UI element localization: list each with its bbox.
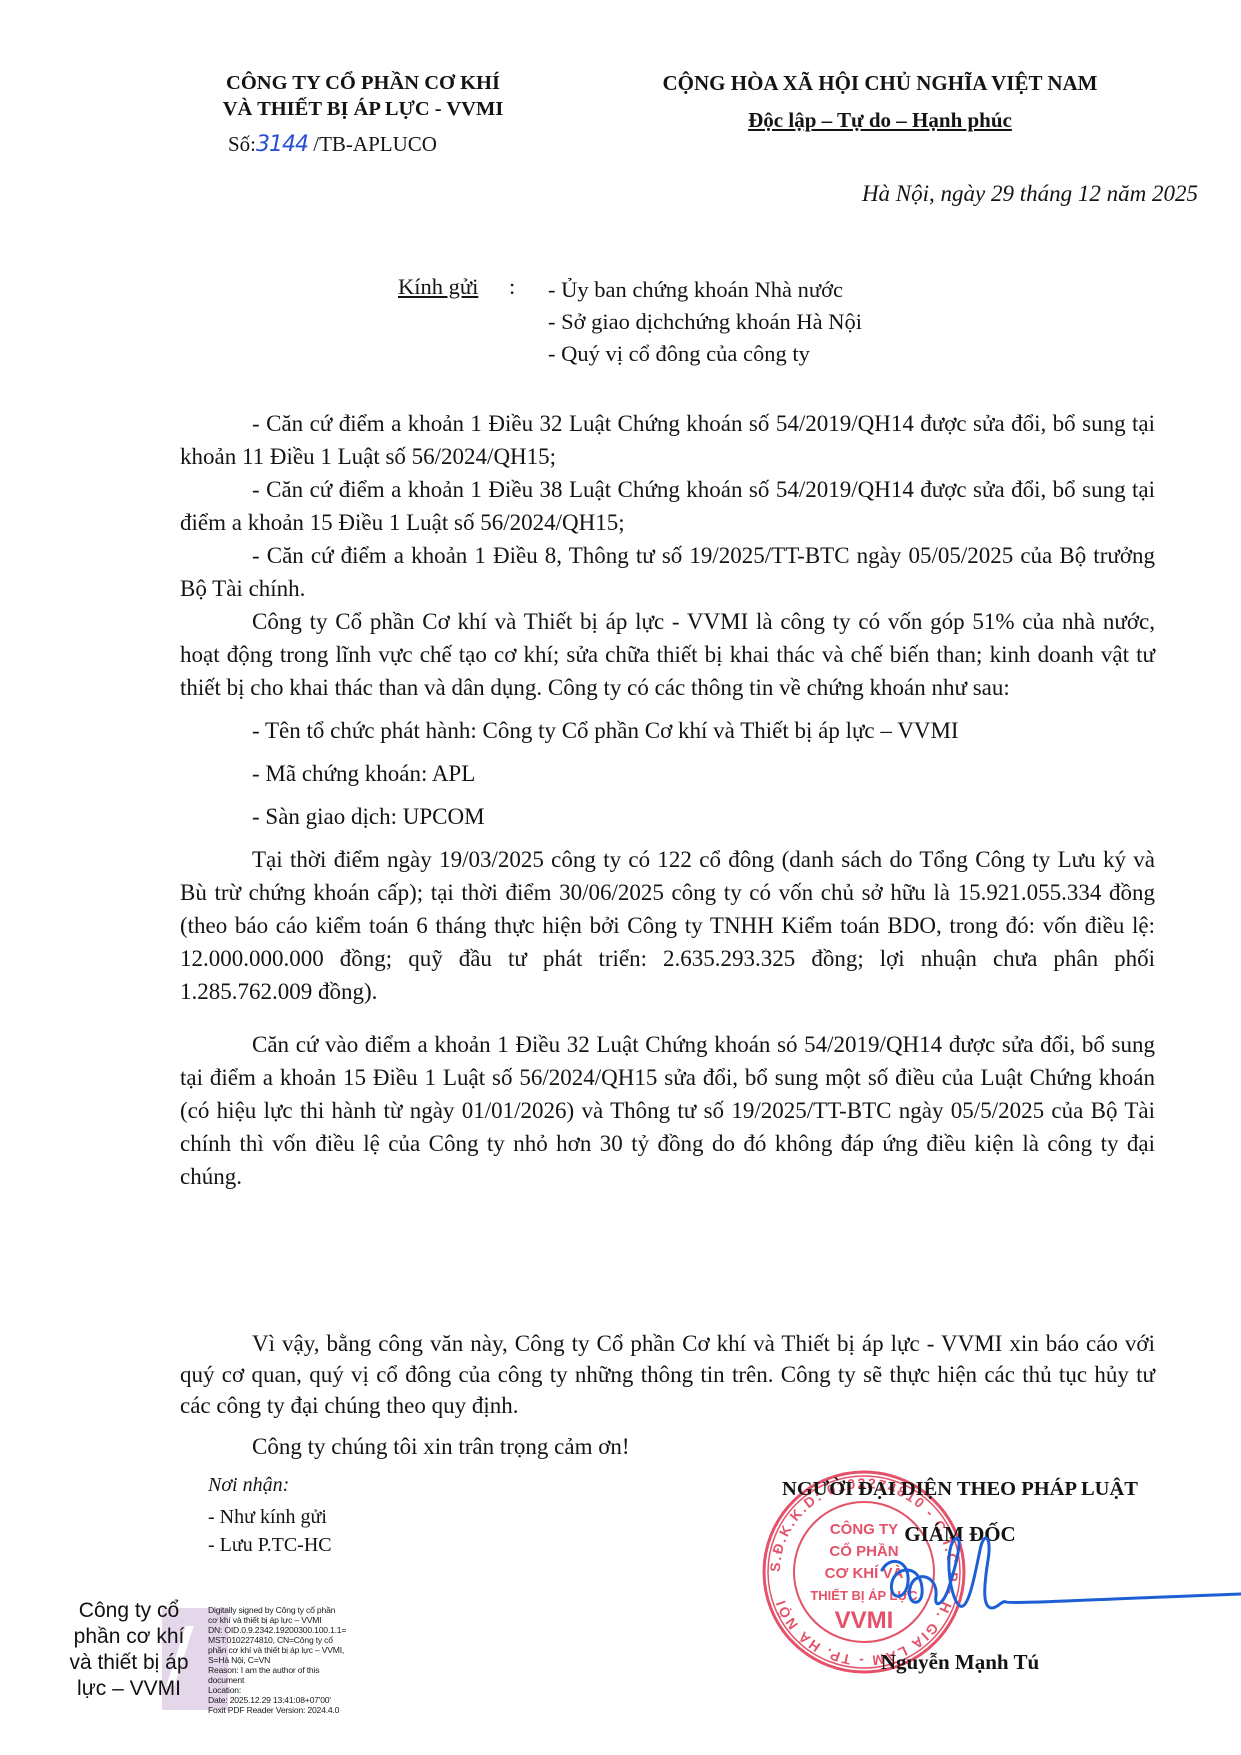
company-name-line2: VÀ THIẾT BỊ ÁP LỰC - VVMI bbox=[178, 96, 548, 122]
legal-basis-2: - Căn cứ điểm a khoản 1 Điều 38 Luật Chứ… bbox=[180, 473, 1155, 539]
conclusion-paragraph: Vì vậy, bằng công văn này, Công ty Cổ ph… bbox=[180, 1328, 1155, 1421]
digital-signer-name: Công ty cổ phần cơ khí và thiết bị áp lự… bbox=[58, 1598, 200, 1702]
company-intro: Công ty Cổ phần Cơ khí và Thiết bị áp lự… bbox=[180, 605, 1155, 704]
recipient-item: - Ủy ban chứng khoán Nhà nước bbox=[548, 274, 862, 306]
conclusion: Vì vậy, bằng công văn này, Công ty Cổ ph… bbox=[180, 1328, 1155, 1421]
recipients-list: - Ủy ban chứng khoán Nhà nước - Sở giao … bbox=[548, 274, 862, 370]
issuer-name: - Tên tổ chức phát hành: Công ty Cổ phần… bbox=[180, 714, 1155, 747]
legal-paragraph: Căn cứ vào điểm a khoản 1 Điều 32 Luật C… bbox=[180, 1028, 1155, 1193]
signatory-name: Nguyễn Mạnh Tú bbox=[810, 1650, 1110, 1675]
company-name: CÔNG TY CỔ PHẦN CƠ KHÍ VÀ THIẾT BỊ ÁP LỰ… bbox=[178, 70, 548, 122]
recipient-item: - Quý vị cổ đông của công ty bbox=[548, 338, 862, 370]
handwritten-signature-icon bbox=[880, 1530, 1241, 1640]
national-motto: Độc lập – Tự do – Hạnh phúc bbox=[600, 108, 1160, 133]
distribution-item: - Như kính gửi bbox=[208, 1503, 332, 1531]
document-number-suffix: /TB-APLUCO bbox=[313, 132, 437, 156]
document-number-prefix: Số: bbox=[228, 132, 256, 156]
ticker-symbol: - Mã chứng khoán: APL bbox=[180, 757, 1155, 790]
distribution-list: - Như kính gửi - Lưu P.TC-HC bbox=[208, 1503, 332, 1559]
date-line: Hà Nội, ngày 29 tháng 12 năm 2025 bbox=[740, 181, 1198, 207]
closing-thanks: Công ty chúng tôi xin trân trọng cảm ơn! bbox=[252, 1434, 630, 1460]
recipients-label: Kính gửi bbox=[398, 274, 478, 300]
legal-basis-3: - Căn cứ điểm a khoản 1 Điều 8, Thông tư… bbox=[180, 539, 1155, 605]
digital-signature-details[interactable]: Digitally signed by Công ty cổ phần cơ k… bbox=[208, 1605, 368, 1715]
national-title: CỘNG HÒA XÃ HỘI CHỦ NGHĨA VIỆT NAM bbox=[600, 70, 1160, 96]
letter-body: - Căn cứ điểm a khoản 1 Điều 32 Luật Chứ… bbox=[180, 407, 1155, 1193]
company-name-line1: CÔNG TY CỔ PHẦN CƠ KHÍ bbox=[178, 70, 548, 96]
exchange: - Sàn giao dịch: UPCOM bbox=[180, 800, 1155, 833]
distribution-item: - Lưu P.TC-HC bbox=[208, 1531, 332, 1559]
distribution-title: Nơi nhận: bbox=[208, 1474, 289, 1497]
signatory-title: NGƯỜI ĐẠI DIỆN THEO PHÁP LUẬT bbox=[740, 1478, 1180, 1501]
document-number-handwritten: 3144 bbox=[256, 132, 308, 157]
recipients-colon: : bbox=[509, 274, 515, 300]
recipient-item: - Sở giao dịchchứng khoán Hà Nội bbox=[548, 306, 862, 338]
document-number: Số:3144 /TB-APLUCO bbox=[228, 132, 437, 157]
legal-basis-1: - Căn cứ điểm a khoản 1 Điều 32 Luật Chứ… bbox=[180, 407, 1155, 473]
shareholders-paragraph: Tại thời điểm ngày 19/03/2025 công ty có… bbox=[180, 843, 1155, 1008]
